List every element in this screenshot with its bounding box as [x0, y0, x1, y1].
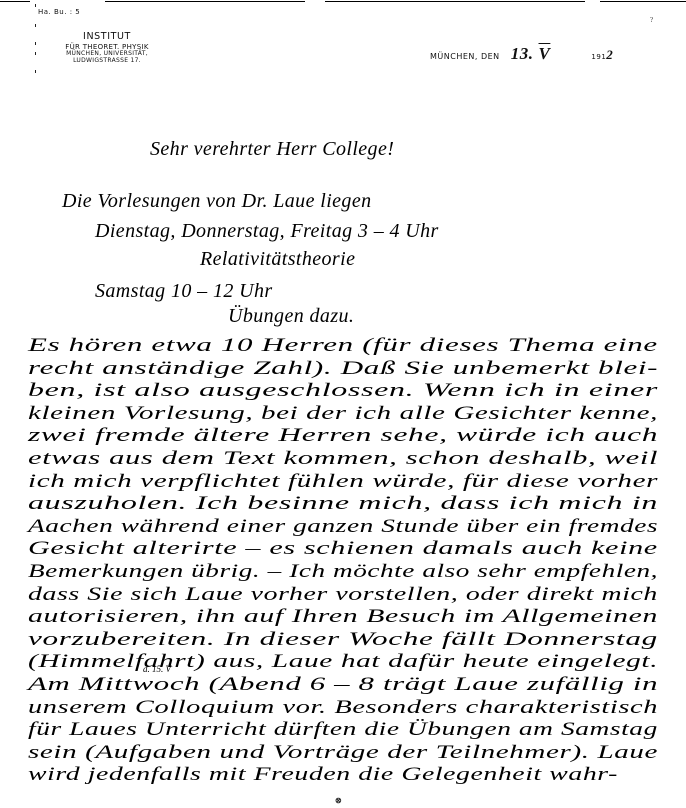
letter-line: Bemerkungen übrig. – Ich möchte also seh…	[28, 561, 658, 583]
letter-line: kleinen Vorlesung, bei der ich alle Gesi…	[28, 403, 658, 425]
letterhead-street: LUDWIGSTRASSE 17.	[52, 58, 162, 65]
schedule-weekdays: Dienstag, Donnerstag, Freitag 3 – 4 Uhr	[95, 220, 439, 243]
letter-line: wird jedenfalls mit Freuden die Gelegenh…	[28, 764, 618, 786]
letter-line: Am Mittwoch (Abend 6 – 8 trägt Laue zufä…	[28, 674, 658, 696]
schedule-saturday-subject: Übungen dazu.	[228, 305, 354, 328]
scan-edge-line	[0, 1, 30, 2]
schedule-intro: Die Vorlesungen von Dr. Laue liegen	[62, 190, 372, 213]
interlinear-note: d. 15. V	[143, 664, 171, 674]
salutation: Sehr verehrter Herr College!	[150, 138, 394, 161]
margin-mark	[35, 4, 36, 7]
letter-line: dass Sie sich Laue vorher vorstellen, od…	[28, 584, 658, 606]
letter-line: auszuholen. Ich besinne mich, dass ich m…	[28, 493, 658, 515]
page-mark: ⊗	[335, 796, 342, 805]
archive-mark: Ha. Bu. : 5	[38, 8, 80, 16]
letter-line: zwei fremde ältere Herren sehe, würde ic…	[28, 425, 658, 447]
corner-mark: ?	[650, 16, 653, 24]
letter-line: etwas aus dem Text kommen, schon deshalb…	[28, 448, 658, 470]
margin-mark	[35, 70, 36, 73]
dateline-year-suffix: 2	[606, 47, 613, 62]
schedule-weekday-subject: Relativitätstheorie	[200, 248, 355, 271]
letter-line: ich mich verpflichtet fühlen würde, für …	[28, 471, 658, 493]
schedule-saturday: Samstag 10 – 12 Uhr	[95, 280, 273, 303]
letterhead: INSTITUT FÜR THEORET. PHYSIK MÜNCHEN, UN…	[52, 32, 162, 65]
dateline-printed: MÜNCHEN, DEN	[430, 52, 500, 61]
dateline-day: 13.	[511, 44, 534, 63]
margin-mark	[35, 52, 36, 55]
dateline: MÜNCHEN, DEN 13. V 1912	[430, 44, 613, 64]
letter-line: vorzubereiten. In dieser Woche fällt Don…	[28, 629, 658, 651]
letter-line: Es hören etwa 10 Herren (für dieses Them…	[28, 335, 658, 357]
letterhead-institute: INSTITUT	[52, 32, 162, 43]
letter-line: Gesicht alterirte – es schienen damals a…	[28, 538, 658, 560]
dateline-year-prefix: 191	[591, 53, 606, 61]
margin-mark	[35, 24, 36, 27]
letter-line: für Laues Unterricht dürften die Übungen…	[28, 719, 658, 741]
letter-line: unserem Colloquium vor. Besonders charak…	[28, 697, 658, 719]
letter-line: sein (Aufgaben und Vorträge der Teilnehm…	[28, 742, 658, 764]
letter-line: ben, ist also ausgeschlossen. Wenn ich i…	[28, 380, 658, 402]
scan-edge-line	[325, 1, 585, 2]
scan-edge-line	[600, 1, 686, 2]
dateline-month: V	[539, 44, 551, 63]
letter-line: recht anständige Zahl). Daß Sie unbemerk…	[28, 358, 658, 380]
letter-line: (Himmelfahrt) aus, Laue hat dafür heute …	[28, 651, 658, 673]
letter-line: autorisieren, ihn auf Ihren Besuch im Al…	[28, 606, 658, 628]
scan-edge-line	[105, 1, 305, 2]
margin-mark	[35, 42, 36, 45]
letter-line: Aachen während einer ganzen Stunde über …	[28, 516, 658, 538]
